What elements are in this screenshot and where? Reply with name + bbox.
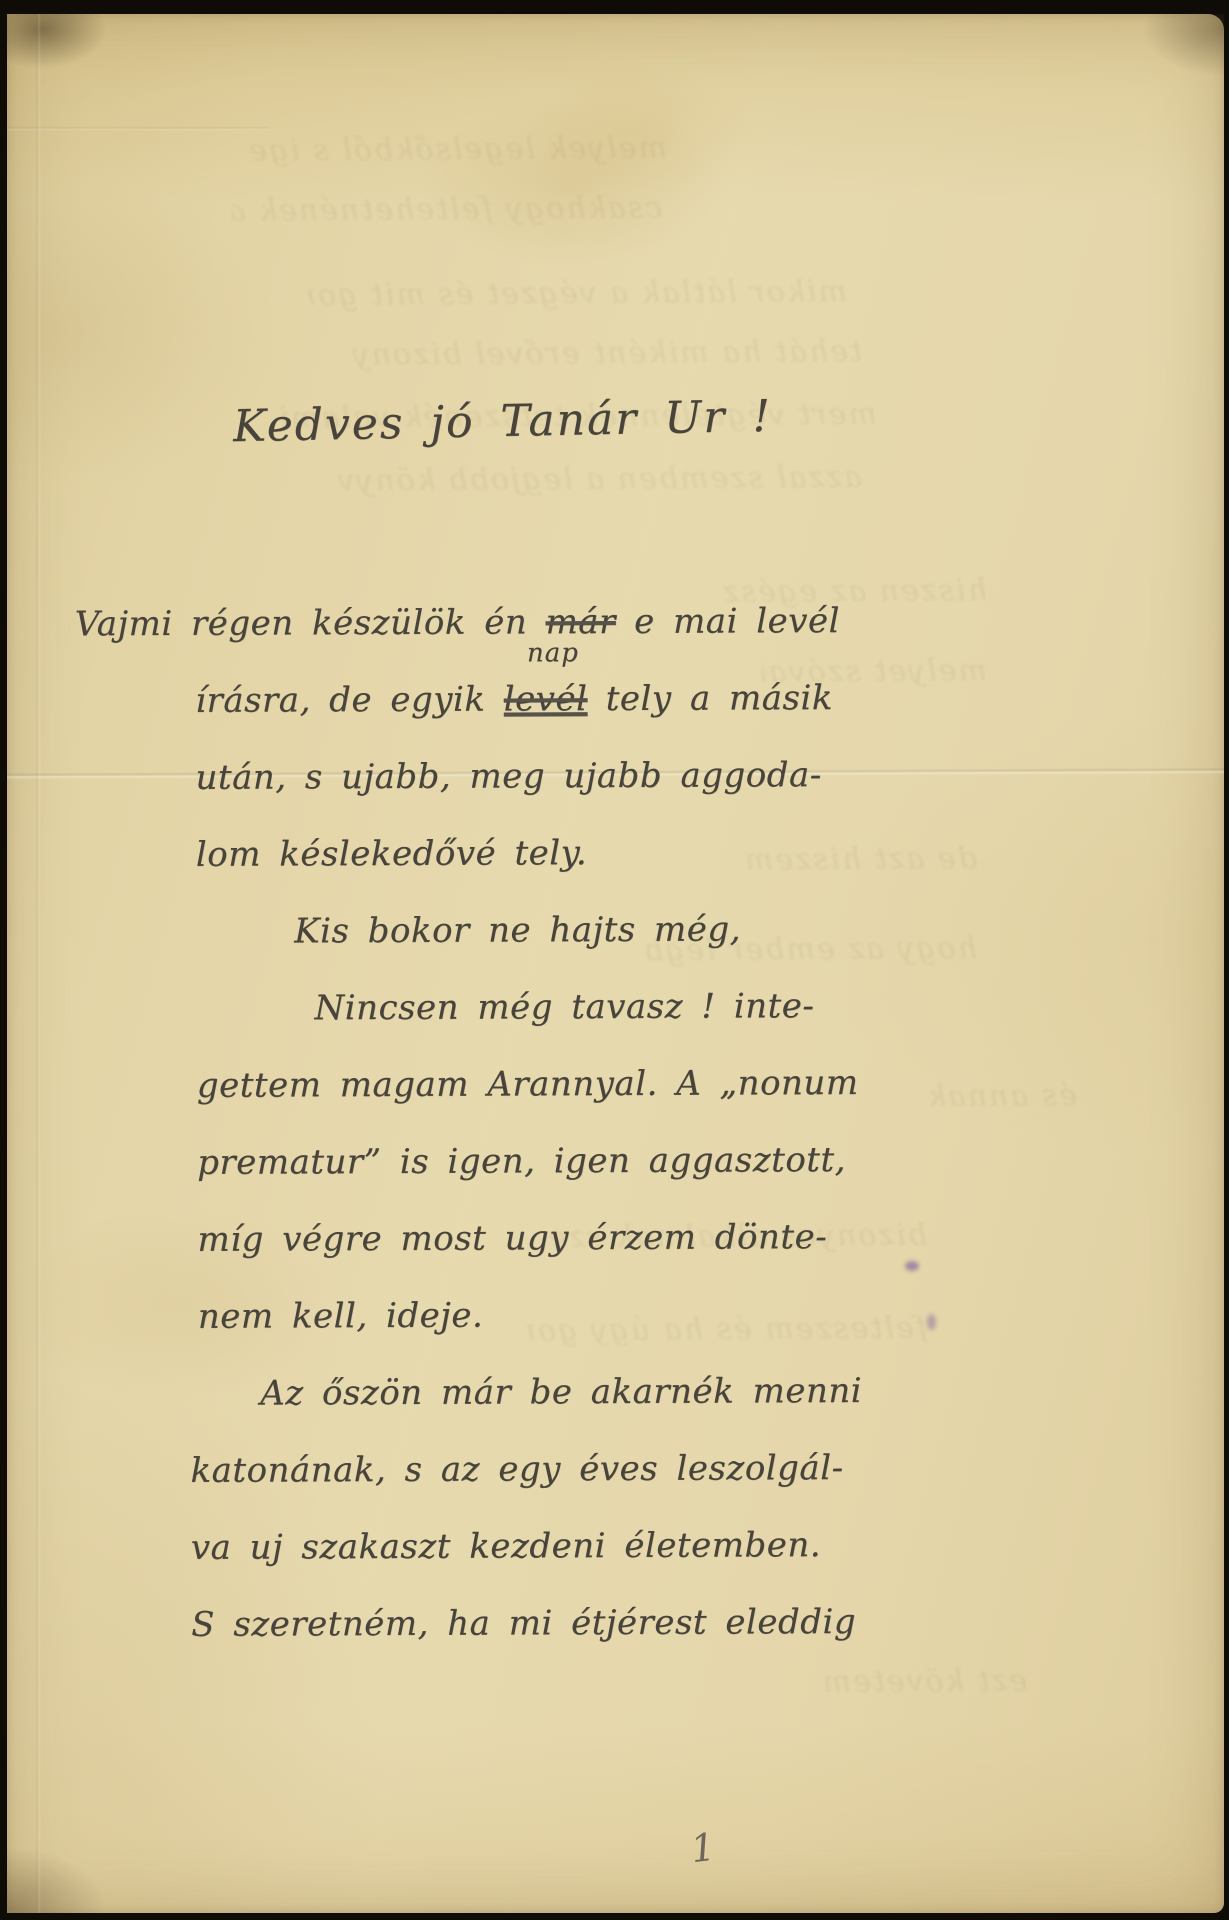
handwritten-line: gettem magam Arannyal. A „nonum: [197, 1043, 1224, 1124]
handwritten-line: katonának, s az egy éves leszolgál-: [190, 1428, 1225, 1510]
letter-body: Vajmi régen készülök én már e mai levélí…: [5, 581, 1227, 1664]
word-segment: katonának, s az egy éves leszolgál-: [190, 1448, 843, 1491]
struck-word: levél: [504, 679, 588, 719]
salutation-line: Kedves jó Tanár Ur !: [233, 391, 773, 452]
bleed-through-line: azzal szemben a legjobb könyv: [242, 460, 862, 499]
bleed-through-line: mikor látlak a végzet és mit gond: [307, 274, 847, 313]
word-segment: míg végre most ugy érzem dönte-: [197, 1217, 827, 1260]
word-segment: S szeretném, ha mi étjérest eleddig: [191, 1602, 856, 1645]
top-left-crease: [7, 126, 267, 131]
word-segment: lom késlekedővé tely.: [196, 833, 587, 875]
letter-page: melyek legelsőkből s igen lehetcsakhogy …: [7, 14, 1224, 1913]
bleed-through-line: melyek legelsőkből s igen lehet: [247, 131, 667, 169]
handwritten-line: Az őszön már be akarnék menni: [260, 1351, 1225, 1432]
word-segment: után, s ujabb, meg ujabb aggoda-: [195, 755, 821, 798]
word-segment: Kis bokor ne hajts még,: [294, 909, 741, 951]
handwritten-line: prematur” is igen, igen aggasztott,: [197, 1120, 1224, 1201]
handwritten-line: míg végre most ugy érzem dönte-: [197, 1197, 1224, 1278]
word-segment: gettem magam Arannyal. A „nonum: [197, 1063, 859, 1106]
word-segment: Nincsen még tavasz ! inte-: [314, 986, 814, 1028]
word-segment: nem kell, ideje.: [198, 1296, 484, 1337]
handwritten-line: írásra, de egyik levélnap tely a másik: [195, 658, 1222, 739]
bleed-through-line: csakhogy feltehetnének abban: [232, 190, 662, 228]
bleed-through-line: ezt követem: [822, 1663, 1027, 1699]
page-number: 1: [688, 1825, 717, 1872]
word-segment: prematur” is igen, igen aggasztott,: [197, 1140, 846, 1183]
word-segment: Vajmi régen készülök én: [75, 602, 546, 644]
bleed-through-line: tehát ha miként erővel bizony: [302, 334, 862, 373]
correction-wrap: levélnap: [504, 661, 588, 738]
handwritten-line: Nincsen még tavasz ! inte-: [314, 966, 1223, 1047]
word-segment: Az őszön már be akarnék menni: [260, 1371, 862, 1414]
scan-background: { "letter": { "language": "Hungarian", "…: [0, 0, 1229, 1920]
handwritten-line: nem kell, ideje.: [198, 1274, 1225, 1355]
inserted-word: nap: [527, 640, 579, 666]
struck-word: már: [545, 602, 615, 642]
handwritten-line: Vajmi régen készülök én már e mai levél: [75, 581, 1222, 663]
handwritten-line: S szeretném, ha mi étjérest eleddig: [191, 1582, 1226, 1664]
handwritten-line: Kis bokor ne hajts még,: [294, 889, 1223, 970]
handwritten-line: lom késlekedővé tely.: [196, 812, 1223, 893]
word-segment: írásra, de egyik: [195, 679, 504, 720]
word-segment: tely a másik: [587, 678, 833, 719]
word-segment: va uj szakaszt kezdeni életemben.: [191, 1525, 821, 1568]
handwritten-line: va uj szakaszt kezdeni életemben.: [191, 1505, 1226, 1587]
handwritten-line: után, s ujabb, meg ujabb aggoda-: [195, 735, 1222, 816]
word-segment: e mai levél: [616, 601, 840, 642]
